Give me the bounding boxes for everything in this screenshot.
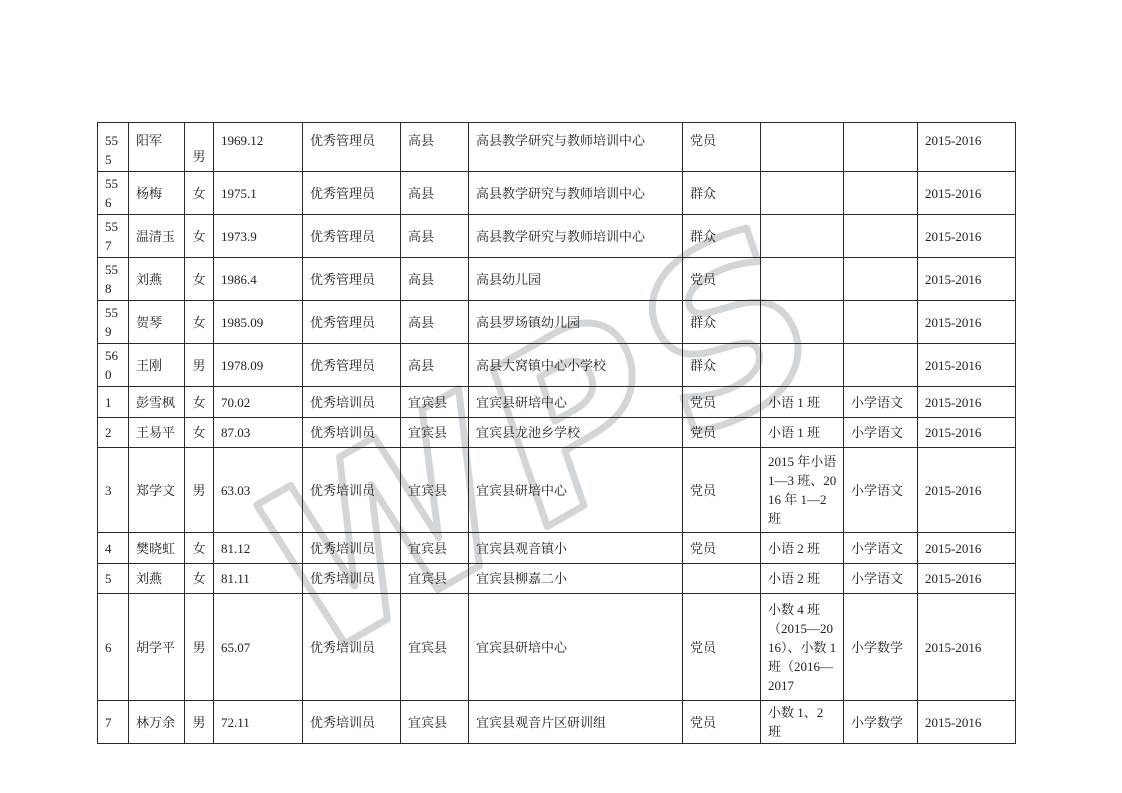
cell-period: 2015-2016 xyxy=(918,418,1016,448)
cell-subject xyxy=(844,344,918,387)
cell-work-unit: 宜宾县研培中心 xyxy=(469,448,683,533)
cell-award-title: 优秀培训员 xyxy=(303,387,401,418)
cell-subject: 小学数学 xyxy=(844,701,918,744)
cell-work-unit: 宜宾县研培中心 xyxy=(469,387,683,418)
cell-no: 7 xyxy=(98,701,129,744)
cell-class-name: 小数 4 班（2015—2016）、小数 1 班（2016—2017 xyxy=(761,594,844,701)
cell-award-title: 优秀培训员 xyxy=(303,533,401,564)
cell-no: 3 xyxy=(98,448,129,533)
table-row: 2王易平女87.03优秀培训员宜宾县宜宾县龙池乡学校党员小语 1 班小学语文20… xyxy=(98,418,1016,448)
cell-work-unit: 高县大窝镇中心小学校 xyxy=(469,344,683,387)
cell-party-status xyxy=(683,564,761,594)
cell-county: 高县 xyxy=(401,172,469,215)
cell-award-title: 优秀管理员 xyxy=(303,123,401,172)
table-row: 556杨梅女1975.1优秀管理员高县高县教学研究与教师培训中心群众2015-2… xyxy=(98,172,1016,215)
cell-party-status: 群众 xyxy=(683,301,761,344)
cell-county: 宜宾县 xyxy=(401,701,469,744)
cell-name: 杨梅 xyxy=(129,172,185,215)
cell-birth-date: 81.12 xyxy=(214,533,303,564)
cell-no: 6 xyxy=(98,594,129,701)
cell-period: 2015-2016 xyxy=(918,594,1016,701)
cell-gender: 女 xyxy=(185,564,214,594)
cell-gender: 男 xyxy=(185,701,214,744)
cell-award-title: 优秀培训员 xyxy=(303,448,401,533)
cell-party-status: 党员 xyxy=(683,594,761,701)
cell-county: 高县 xyxy=(401,344,469,387)
cell-period: 2015-2016 xyxy=(918,301,1016,344)
cell-county: 高县 xyxy=(401,215,469,258)
cell-no: 560 xyxy=(98,344,129,387)
cell-award-title: 优秀培训员 xyxy=(303,564,401,594)
table-row: 6胡学平男65.07优秀培训员宜宾县宜宾县研培中心党员小数 4 班（2015—2… xyxy=(98,594,1016,701)
cell-gender: 女 xyxy=(185,258,214,301)
table-row: 555阳军男1969.12优秀管理员高县高县教学研究与教师培训中心党员2015-… xyxy=(98,123,1016,172)
cell-birth-date: 1969.12 xyxy=(214,123,303,172)
cell-party-status: 群众 xyxy=(683,344,761,387)
cell-county: 宜宾县 xyxy=(401,387,469,418)
cell-class-name: 2015 年小语 1—3 班、2016 年 1—2 班 xyxy=(761,448,844,533)
cell-no: 558 xyxy=(98,258,129,301)
cell-work-unit: 高县教学研究与教师培训中心 xyxy=(469,215,683,258)
cell-no: 555 xyxy=(98,123,129,172)
cell-work-unit: 宜宾县龙池乡学校 xyxy=(469,418,683,448)
table-row: 3郑学文男63.03优秀培训员宜宾县宜宾县研培中心党员2015 年小语 1—3 … xyxy=(98,448,1016,533)
cell-party-status: 党员 xyxy=(683,258,761,301)
cell-county: 宜宾县 xyxy=(401,533,469,564)
cell-work-unit: 宜宾县观音片区研训组 xyxy=(469,701,683,744)
roster-table: 555阳军男1969.12优秀管理员高县高县教学研究与教师培训中心党员2015-… xyxy=(97,122,1016,744)
cell-name: 王刚 xyxy=(129,344,185,387)
table-row: 1彭雪枫女70.02优秀培训员宜宾县宜宾县研培中心党员小语 1 班小学语文201… xyxy=(98,387,1016,418)
cell-period: 2015-2016 xyxy=(918,344,1016,387)
table-row: 5刘燕女81.11优秀培训员宜宾县宜宾县柳嘉二小小语 2 班小学语文2015-2… xyxy=(98,564,1016,594)
cell-work-unit: 宜宾县观音镇小 xyxy=(469,533,683,564)
cell-name: 刘燕 xyxy=(129,564,185,594)
cell-county: 宜宾县 xyxy=(401,564,469,594)
roster-body: 555阳军男1969.12优秀管理员高县高县教学研究与教师培训中心党员2015-… xyxy=(98,123,1016,744)
cell-birth-date: 87.03 xyxy=(214,418,303,448)
cell-subject xyxy=(844,215,918,258)
cell-birth-date: 81.11 xyxy=(214,564,303,594)
cell-period: 2015-2016 xyxy=(918,123,1016,172)
cell-gender: 女 xyxy=(185,533,214,564)
cell-no: 5 xyxy=(98,564,129,594)
table-row: 4樊晓虹女81.12优秀培训员宜宾县宜宾县观音镇小党员小语 2 班小学语文201… xyxy=(98,533,1016,564)
cell-work-unit: 高县教学研究与教师培训中心 xyxy=(469,123,683,172)
cell-name: 林万余 xyxy=(129,701,185,744)
table-row: 558刘燕女1986.4优秀管理员高县高县幼儿园党员2015-2016 xyxy=(98,258,1016,301)
cell-award-title: 优秀管理员 xyxy=(303,258,401,301)
cell-period: 2015-2016 xyxy=(918,387,1016,418)
cell-birth-date: 1986.4 xyxy=(214,258,303,301)
cell-no: 2 xyxy=(98,418,129,448)
document-page: WPS 555阳军男1969.12优秀管理员高县高县教学研究与教师培训中心党员2… xyxy=(0,0,1122,793)
cell-no: 4 xyxy=(98,533,129,564)
cell-class-name xyxy=(761,301,844,344)
cell-party-status: 党员 xyxy=(683,418,761,448)
cell-subject: 小学语文 xyxy=(844,448,918,533)
cell-award-title: 优秀管理员 xyxy=(303,172,401,215)
cell-period: 2015-2016 xyxy=(918,172,1016,215)
cell-class-name: 小数 1、2 班 xyxy=(761,701,844,744)
cell-party-status: 群众 xyxy=(683,172,761,215)
cell-birth-date: 1978.09 xyxy=(214,344,303,387)
cell-county: 高县 xyxy=(401,258,469,301)
cell-gender: 女 xyxy=(185,418,214,448)
cell-name: 樊晓虹 xyxy=(129,533,185,564)
cell-subject: 小学语文 xyxy=(844,533,918,564)
cell-birth-date: 72.11 xyxy=(214,701,303,744)
cell-county: 高县 xyxy=(401,123,469,172)
cell-birth-date: 1973.9 xyxy=(214,215,303,258)
cell-work-unit: 高县幼儿园 xyxy=(469,258,683,301)
cell-no: 556 xyxy=(98,172,129,215)
cell-award-title: 优秀管理员 xyxy=(303,301,401,344)
cell-name: 刘燕 xyxy=(129,258,185,301)
cell-period: 2015-2016 xyxy=(918,258,1016,301)
cell-period: 2015-2016 xyxy=(918,448,1016,533)
cell-name: 阳军 xyxy=(129,123,185,172)
cell-subject xyxy=(844,123,918,172)
cell-award-title: 优秀培训员 xyxy=(303,418,401,448)
cell-work-unit: 高县罗场镇幼儿园 xyxy=(469,301,683,344)
cell-period: 2015-2016 xyxy=(918,564,1016,594)
cell-no: 557 xyxy=(98,215,129,258)
cell-name: 贺琴 xyxy=(129,301,185,344)
cell-period: 2015-2016 xyxy=(918,215,1016,258)
cell-name: 胡学平 xyxy=(129,594,185,701)
cell-gender: 女 xyxy=(185,215,214,258)
cell-subject xyxy=(844,301,918,344)
table-row: 560王刚男1978.09优秀管理员高县高县大窝镇中心小学校群众2015-201… xyxy=(98,344,1016,387)
cell-birth-date: 1975.1 xyxy=(214,172,303,215)
cell-party-status: 群众 xyxy=(683,215,761,258)
cell-subject xyxy=(844,172,918,215)
table-row: 559贺琴女1985.09优秀管理员高县高县罗场镇幼儿园群众2015-2016 xyxy=(98,301,1016,344)
cell-period: 2015-2016 xyxy=(918,533,1016,564)
cell-subject: 小学数学 xyxy=(844,594,918,701)
cell-name: 郑学文 xyxy=(129,448,185,533)
cell-birth-date: 70.02 xyxy=(214,387,303,418)
cell-class-name xyxy=(761,258,844,301)
cell-work-unit: 宜宾县柳嘉二小 xyxy=(469,564,683,594)
cell-gender: 女 xyxy=(185,301,214,344)
cell-gender: 女 xyxy=(185,172,214,215)
cell-class-name xyxy=(761,215,844,258)
cell-party-status: 党员 xyxy=(683,448,761,533)
cell-gender: 女 xyxy=(185,387,214,418)
cell-class-name: 小语 2 班 xyxy=(761,564,844,594)
cell-class-name xyxy=(761,172,844,215)
cell-subject: 小学语文 xyxy=(844,387,918,418)
cell-subject xyxy=(844,258,918,301)
cell-county: 高县 xyxy=(401,301,469,344)
cell-class-name xyxy=(761,123,844,172)
cell-birth-date: 1985.09 xyxy=(214,301,303,344)
cell-party-status: 党员 xyxy=(683,533,761,564)
cell-gender: 男 xyxy=(185,344,214,387)
cell-birth-date: 65.07 xyxy=(214,594,303,701)
cell-class-name: 小语 1 班 xyxy=(761,418,844,448)
cell-work-unit: 宜宾县研培中心 xyxy=(469,594,683,701)
cell-class-name xyxy=(761,344,844,387)
cell-gender: 男 xyxy=(185,448,214,533)
cell-subject: 小学语文 xyxy=(844,418,918,448)
cell-class-name: 小语 1 班 xyxy=(761,387,844,418)
cell-subject: 小学语文 xyxy=(844,564,918,594)
cell-party-status: 党员 xyxy=(683,701,761,744)
table-row: 557温清玉女1973.9优秀管理员高县高县教学研究与教师培训中心群众2015-… xyxy=(98,215,1016,258)
cell-no: 559 xyxy=(98,301,129,344)
cell-award-title: 优秀管理员 xyxy=(303,344,401,387)
roster-table-container: 555阳军男1969.12优秀管理员高县高县教学研究与教师培训中心党员2015-… xyxy=(97,122,1016,744)
table-row: 7林万余男72.11优秀培训员宜宾县宜宾县观音片区研训组党员小数 1、2 班小学… xyxy=(98,701,1016,744)
cell-gender: 男 xyxy=(185,123,214,172)
cell-period: 2015-2016 xyxy=(918,701,1016,744)
cell-gender: 男 xyxy=(185,594,214,701)
cell-work-unit: 高县教学研究与教师培训中心 xyxy=(469,172,683,215)
cell-award-title: 优秀培训员 xyxy=(303,594,401,701)
cell-party-status: 党员 xyxy=(683,387,761,418)
cell-name: 彭雪枫 xyxy=(129,387,185,418)
cell-name: 温清玉 xyxy=(129,215,185,258)
cell-award-title: 优秀管理员 xyxy=(303,215,401,258)
cell-county: 宜宾县 xyxy=(401,594,469,701)
cell-award-title: 优秀培训员 xyxy=(303,701,401,744)
cell-party-status: 党员 xyxy=(683,123,761,172)
cell-county: 宜宾县 xyxy=(401,418,469,448)
cell-name: 王易平 xyxy=(129,418,185,448)
cell-birth-date: 63.03 xyxy=(214,448,303,533)
cell-class-name: 小语 2 班 xyxy=(761,533,844,564)
cell-county: 宜宾县 xyxy=(401,448,469,533)
cell-no: 1 xyxy=(98,387,129,418)
